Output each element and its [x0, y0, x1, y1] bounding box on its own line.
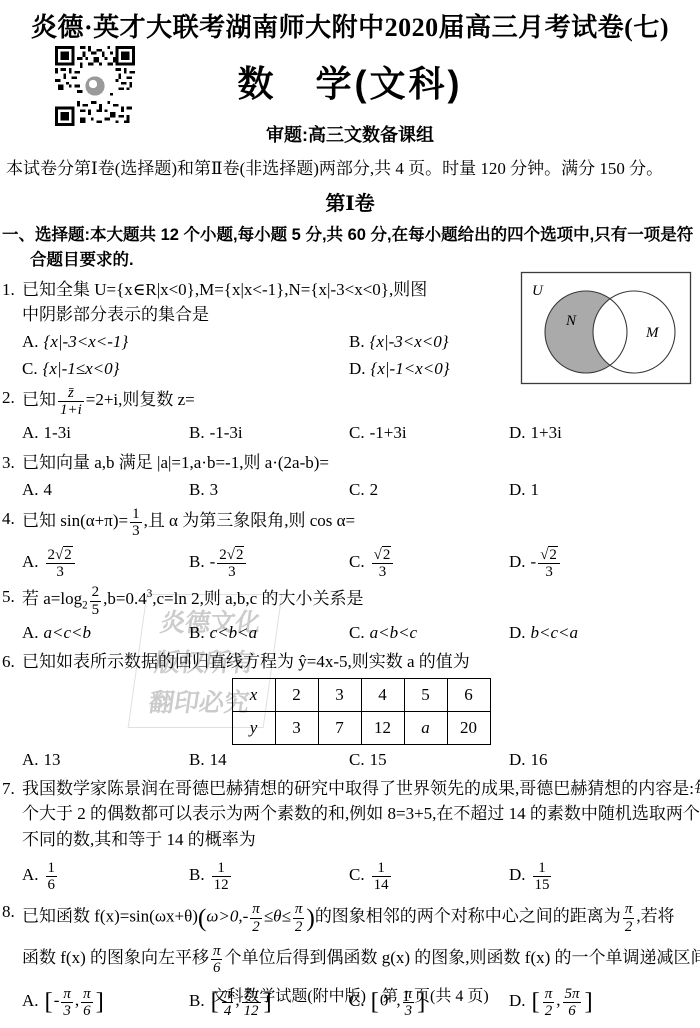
question-2-stem: 已知z̄1+i=2+i,则复数 z= — [22, 385, 700, 418]
fraction: π6 — [211, 943, 223, 976]
table-cell: x — [232, 679, 275, 712]
table-cell: y — [232, 712, 275, 745]
question-6-options: A.13 B.14 C.15 D.16 — [22, 747, 700, 772]
big-paren-close: ) — [306, 903, 315, 932]
option-c: C.[0,π3] — [349, 984, 509, 1020]
question-7-stem-line2: 个大于 2 的偶数都可以表示为两个素数的和,例如 8=3+5,在不超过 14 的… — [22, 801, 700, 826]
question-6-number: 6. — [2, 649, 15, 674]
exam-page: 炎德·英才大联考湖南师大附中2020届高三月考试卷(七) — [0, 0, 700, 1028]
question-2-number: 2. — [2, 385, 15, 410]
option-c: C.15 — [349, 747, 509, 772]
fraction: π4 — [222, 986, 234, 1019]
option-b: B.3 — [189, 477, 349, 502]
option-c: C.-1+3i — [349, 420, 509, 445]
option-b: B.-2√23 — [189, 547, 349, 580]
fraction: 16 — [46, 860, 57, 893]
option-a: A.{x|-3<x<-1} — [22, 329, 349, 354]
question-8-number: 8. — [2, 899, 15, 924]
fraction: π6 — [81, 986, 93, 1019]
fraction: 7π12 — [242, 986, 261, 1019]
qr-code — [55, 46, 135, 126]
table-row-y: y 3 7 12 a 20 — [232, 712, 490, 745]
question-7-number: 7. — [2, 776, 15, 801]
question-8-stem-line2: 函数 f(x) 的图象向左平移π6个单位后得到偶函数 g(x) 的图象,则函数 … — [22, 943, 700, 976]
option-b: B.112 — [189, 860, 349, 893]
question-7-options: A.16 B.112 C.114 D.115 — [22, 860, 700, 893]
question-7-stem-line3: 不同的数,其和等于 14 的概率为 — [22, 827, 700, 852]
question-3-number: 3. — [2, 450, 15, 475]
option-d: D.1+3i — [509, 420, 700, 445]
option-a: A.13 — [22, 747, 189, 772]
option-a: A.2√23 — [22, 547, 189, 580]
question-1-options-row2: C.{x|-1≤x<0} D.{x|-1<x<0} — [22, 356, 532, 381]
question-2-options: A.1-3i B.-1-3i C.-1+3i D.1+3i — [22, 420, 700, 445]
question-4-number: 4. — [2, 506, 15, 531]
table-cell: 12 — [361, 712, 404, 745]
fraction: √23 — [372, 547, 394, 580]
section-title: 第Ⅰ卷 — [0, 187, 700, 216]
option-d: D.[π2,5π6] — [509, 984, 700, 1020]
question-6-stem: 已知如表所示数据的回归直线方程为 ŷ=4x-5,则实数 a 的值为 — [22, 649, 700, 674]
qr-code-image — [55, 46, 135, 126]
fraction: 114 — [372, 860, 391, 893]
fraction: π2 — [293, 901, 305, 934]
question-7: 7. 我国数学家陈景润在哥德巴赫猜想的研究中取得了世界领先的成果,哥德巴赫猜想的… — [4, 776, 700, 893]
question-3-options: A.4 B.3 C.2 D.1 — [22, 477, 700, 502]
question-3: 3. 已知向量 a,b 满足 |a|=1,a·b=-1,则 a·(2a-b)= … — [4, 450, 700, 502]
venn-universe-label: U — [532, 283, 544, 299]
option-a: A.16 — [22, 860, 189, 893]
table-cell: 5 — [404, 679, 447, 712]
choice-instructions: 一、选择题:本大题共 12 个小题,每小题 5 分,共 60 分,在每小题给出的… — [2, 223, 698, 273]
table-cell: 3 — [318, 679, 361, 712]
instruction-line1: 一、选择题:本大题共 12 个小题,每小题 5 分,共 60 分,在每小题给出的… — [2, 223, 698, 248]
option-a: A.a<c<b — [22, 620, 189, 645]
question-1-number: 1. — [2, 277, 15, 302]
question-4-options: A.2√23 B.-2√23 C.√23 D.-√23 — [22, 547, 700, 580]
fraction: 13 — [130, 506, 141, 539]
option-c: C.114 — [349, 860, 509, 893]
option-c: C.a<b<c — [349, 620, 509, 645]
question-6: 6. 已知如表所示数据的回归直线方程为 ŷ=4x-5,则实数 a 的值为 x 2… — [4, 649, 700, 772]
fraction: z̄1+i — [58, 385, 84, 418]
table-cell: 6 — [447, 679, 490, 712]
question-2: 2. 已知z̄1+i=2+i,则复数 z= A.1-3i B.-1-3i C.-… — [4, 385, 700, 445]
table-cell: 3 — [275, 712, 318, 745]
option-d: D.1 — [509, 477, 700, 502]
option-a: A.1-3i — [22, 420, 189, 445]
question-4: 4. 已知 sin(α+π)=13,且 α 为第三象限角,则 cos α= A.… — [4, 506, 700, 581]
fraction: 5π6 — [563, 986, 582, 1019]
venn-right-set-label: M — [645, 325, 660, 341]
question-4-stem: 已知 sin(α+π)=13,且 α 为第三象限角,则 cos α= — [22, 506, 700, 539]
option-b: B.-1-3i — [189, 420, 349, 445]
option-c: C.{x|-1≤x<0} — [22, 356, 349, 381]
question-8-stem-line1: 已知函数 f(x)=sin(ωx+θ)(ω>0,-π2≤θ≤π2)的图象相邻的两… — [22, 899, 700, 937]
question-1-options-row1: A.{x|-3<x<-1} B.{x|-3<x<0} — [22, 329, 532, 354]
fraction: π2 — [250, 901, 262, 934]
question-5-options: A.a<c<b B.c<b<a C.a<b<c D.b<c<a — [22, 620, 700, 645]
exam-header-title: 炎德·英才大联考湖南师大附中2020届高三月考试卷(七) — [0, 0, 700, 44]
fraction: 2√23 — [217, 547, 246, 580]
table-cell: a — [404, 712, 447, 745]
question-8-options: A.[-π3,π6] B.[π4,7π12] C.[0,π3] D.[π2,5π… — [22, 984, 700, 1020]
venn-left-set-label: N — [565, 313, 577, 329]
table-cell: 7 — [318, 712, 361, 745]
question-7-stem-line1: 我国数学家陈景润在哥德巴赫猜想的研究中取得了世界领先的成果,哥德巴赫猜想的内容是… — [22, 776, 700, 801]
table-cell: 20 — [447, 712, 490, 745]
regression-data-table: x 2 3 4 5 6 y 3 7 12 a 20 — [232, 678, 491, 745]
fraction: √23 — [538, 547, 560, 580]
option-d: D.16 — [509, 747, 700, 772]
fraction: 115 — [533, 860, 552, 893]
option-c: C.√23 — [349, 547, 509, 580]
question-5: 5. 若 a=log225,b=0.43,c=ln 2,则 a,b,c 的大小关… — [4, 584, 700, 644]
option-b: B.c<b<a — [189, 620, 349, 645]
question-5-stem: 若 a=log225,b=0.43,c=ln 2,则 a,b,c 的大小关系是 — [22, 584, 700, 617]
question-8: 8. 已知函数 f(x)=sin(ωx+θ)(ω>0,-π2≤θ≤π2)的图象相… — [4, 899, 700, 1021]
option-a: A.[-π3,π6] — [22, 984, 189, 1020]
venn-diagram: U N M — [520, 271, 692, 385]
option-b: B.14 — [189, 747, 349, 772]
option-d: D.{x|-1<x<0} — [349, 356, 532, 381]
table-cell: 2 — [275, 679, 318, 712]
question-3-stem: 已知向量 a,b 满足 |a|=1,a·b=-1,则 a·(2a-b)= — [22, 450, 700, 475]
option-b: B.[π4,7π12] — [189, 984, 349, 1020]
fraction: π3 — [61, 986, 73, 1019]
option-a: A.4 — [22, 477, 189, 502]
fraction: 112 — [212, 860, 231, 893]
instruction-line2: 合题目要求的. — [2, 248, 698, 273]
fraction: π2 — [623, 901, 635, 934]
log-base: 2 — [82, 600, 88, 612]
question-5-number: 5. — [2, 584, 15, 609]
fraction: 2√23 — [46, 547, 75, 580]
fraction: π3 — [403, 986, 415, 1019]
option-d: D.115 — [509, 860, 700, 893]
option-d: D.-√23 — [509, 547, 700, 580]
option-d: D.b<c<a — [509, 620, 700, 645]
option-c: C.2 — [349, 477, 509, 502]
question-1: 1. 已知全集 U={x∈R|x<0},M={x|x<-1},N={x|-3<x… — [4, 277, 700, 382]
intro-line: 本试卷分第Ⅰ卷(选择题)和第Ⅱ卷(非选择题)两部分,共 4 页。时量 120 分… — [6, 154, 696, 179]
fraction: π2 — [543, 986, 555, 1019]
table-row-x: x 2 3 4 5 6 — [232, 679, 490, 712]
fraction: 25 — [90, 584, 101, 617]
option-b: B.{x|-3<x<0} — [349, 329, 532, 354]
table-cell: 4 — [361, 679, 404, 712]
